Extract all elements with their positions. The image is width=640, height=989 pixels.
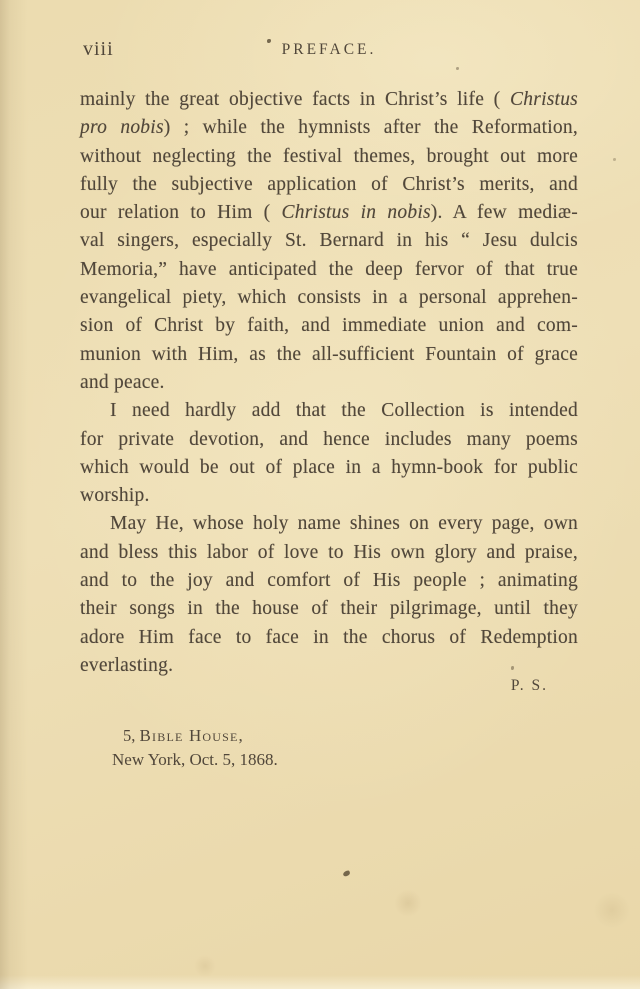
text-segment: evangelical piety, which consists in a p…	[80, 287, 578, 308]
text-segment: worship.	[80, 485, 150, 506]
text-segment: munion with Him, as the all-sufficient F…	[80, 344, 578, 365]
text-line: and peace.	[80, 369, 578, 397]
text-segment: and peace.	[80, 372, 165, 393]
text-segment: everlasting.	[80, 655, 173, 676]
text-line: their songs in the house of their pilgri…	[80, 595, 578, 623]
text-line: everlasting.	[80, 652, 578, 680]
text-segment: and bless this labor of love to His own …	[80, 542, 578, 563]
text-line: which would be out of place in a hymn-bo…	[80, 454, 578, 482]
text-segment: val singers, especially St. Bernard in h…	[80, 230, 578, 251]
text-segment: without neglecting the festival themes, …	[80, 146, 578, 167]
page-header: viii PREFACE.	[80, 41, 578, 59]
text-segment: their songs in the house of their pilgri…	[80, 598, 578, 619]
text-line: pro nobis) ; while the hymnists after th…	[80, 114, 578, 142]
text-segment: fully the subjective application of Chri…	[80, 174, 578, 195]
colophon-date: New York, Oct. 5, 1868.	[112, 748, 278, 772]
text-line: Memoria,” have anticipated the deep ferv…	[80, 256, 578, 284]
ink-speck	[613, 158, 616, 161]
text-line: val singers, especially St. Bernard in h…	[80, 227, 578, 255]
text-line: fully the subjective application of Chri…	[80, 171, 578, 199]
text-line: our relation to Him ( Christus in nobis)…	[80, 199, 578, 227]
text-segment: adore Him face to face in the chorus of …	[80, 627, 578, 648]
folio-page-number: viii	[83, 38, 114, 61]
text-segment: and to the joy and comfort of His people…	[80, 570, 578, 591]
text-segment: ) ; while the hymnists after the Reforma…	[164, 117, 578, 138]
ink-speck	[342, 870, 350, 877]
text-line: for private devotion, and hence includes…	[80, 426, 578, 454]
text-segment: Memoria,” have anticipated the deep ferv…	[80, 259, 578, 280]
text-line: without neglecting the festival themes, …	[80, 143, 578, 171]
text-segment: I need hardly add that the Collection is…	[110, 400, 578, 421]
text-line: sion of Christ by faith, and immediate u…	[80, 312, 578, 340]
text-line: I need hardly add that the Collection is…	[80, 397, 578, 425]
small-caps-phrase: Bible House,	[140, 726, 245, 745]
text-segment: mainly the great objective facts in Chri…	[80, 89, 510, 110]
text-segment: sion of Christ by faith, and immediate u…	[80, 315, 578, 336]
text-line: and to the joy and comfort of His people…	[80, 567, 578, 595]
text-line: worship.	[80, 482, 578, 510]
running-title: PREFACE.	[282, 41, 377, 58]
text-line: evangelical piety, which consists in a p…	[80, 284, 578, 312]
italic-phrase: Christus in nobis	[282, 202, 431, 223]
author-initials: P. S.	[511, 677, 548, 695]
ink-speck	[456, 67, 459, 70]
text-segment: 5,	[123, 726, 140, 745]
text-line: mainly the great objective facts in Chri…	[80, 86, 578, 114]
preface-body-text: mainly the great objective facts in Chri…	[80, 86, 578, 680]
text-line: and bless this labor of love to His own …	[80, 539, 578, 567]
text-line: munion with Him, as the all-sufficient F…	[80, 341, 578, 369]
colophon-address: 5, Bible House,	[112, 724, 278, 748]
italic-phrase: pro nobis	[80, 117, 164, 138]
text-segment: which would be out of place in a hymn-bo…	[80, 457, 578, 478]
text-segment: May He, whose holy name shines on every …	[110, 513, 578, 534]
text-segment: ). A few mediæ-	[431, 202, 578, 223]
colophon-block: 5, Bible House, New York, Oct. 5, 1868.	[112, 724, 278, 771]
text-segment: for private devotion, and hence includes…	[80, 429, 578, 450]
text-segment: our relation to Him (	[80, 202, 282, 223]
text-line: May He, whose holy name shines on every …	[80, 510, 578, 538]
italic-phrase: Christus	[510, 89, 578, 110]
book-page: viii PREFACE. mainly the great objective…	[0, 0, 640, 989]
text-line: adore Him face to face in the chorus of …	[80, 624, 578, 652]
